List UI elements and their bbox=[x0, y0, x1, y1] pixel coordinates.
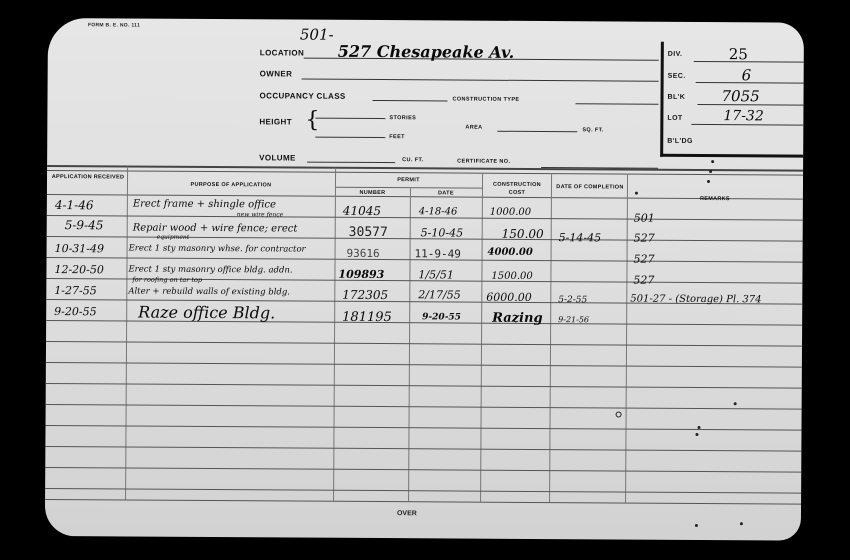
row-purpose: Erect frame + shingle office bbox=[133, 199, 276, 211]
row-cost: 1000.00 bbox=[490, 207, 531, 218]
row-received: 1-27-55 bbox=[54, 284, 97, 297]
speck bbox=[740, 522, 743, 525]
row-permit-number: 93616 bbox=[347, 247, 380, 260]
row-rule bbox=[46, 341, 802, 347]
form-number: FORM B. E. NO. 111 bbox=[88, 22, 140, 28]
row-completion: 9-21-56 bbox=[558, 315, 589, 324]
certificate-label: CERTIFICATE NO. bbox=[457, 159, 510, 165]
occupancy-line bbox=[372, 100, 447, 101]
row-remarks: 527 bbox=[634, 232, 655, 245]
speck bbox=[635, 192, 638, 195]
row-permit-number: 172305 bbox=[342, 288, 388, 302]
construction-type-line bbox=[575, 103, 658, 105]
volume-label: VOLUME bbox=[259, 153, 296, 162]
header-permit: PERMIT bbox=[335, 176, 482, 185]
header-construction-cost: CONSTRUCTION COST bbox=[487, 181, 547, 197]
row-cost: 1500.00 bbox=[491, 271, 532, 282]
header-remarks: REMARKS bbox=[627, 195, 803, 204]
table-row: 9-20-55 Raze office Bldg. 181195 9-20-55… bbox=[48, 18, 804, 23]
row-permit-date: 11-9-49 bbox=[415, 247, 461, 260]
row-permit-date: 9-20-55 bbox=[422, 312, 461, 322]
speck bbox=[711, 160, 714, 163]
stories-label: STORIES bbox=[389, 115, 416, 121]
row-rule bbox=[46, 404, 802, 410]
row-rule bbox=[46, 362, 802, 368]
row-purpose-note: new wire fence bbox=[237, 211, 283, 218]
row-purpose: Erect 1 sty masonry whse. for contractor bbox=[129, 243, 306, 254]
feet-line bbox=[315, 137, 385, 138]
div-value: 25 bbox=[729, 45, 748, 63]
table-row: 12-20-50 Erect 1 sty masonry office bldg… bbox=[48, 18, 804, 23]
row-permit-date: 1/5/51 bbox=[418, 268, 453, 281]
permit-record-card: FORM B. E. NO. 111 LOCATION 501- 527 Che… bbox=[45, 18, 804, 541]
feet-label: FEET bbox=[389, 134, 405, 140]
row-cost: 6000.00 bbox=[486, 291, 532, 304]
row-rule bbox=[45, 467, 801, 473]
row-rule bbox=[46, 383, 802, 389]
row-remarks: 501 bbox=[634, 212, 655, 225]
row-permit-date: 4-18-46 bbox=[419, 206, 458, 217]
col-divider-4 bbox=[480, 173, 483, 502]
location-prefix: 501- bbox=[300, 26, 334, 44]
sec-value: 6 bbox=[742, 66, 752, 84]
area-label: AREA bbox=[465, 125, 482, 131]
table-row: 5-9-45 new wire fence Repair wood + wire… bbox=[48, 18, 804, 23]
speck bbox=[695, 433, 698, 436]
sec-label: SEC. bbox=[668, 73, 686, 80]
col-divider-6 bbox=[625, 174, 628, 503]
row-received: 4-1-46 bbox=[55, 198, 94, 212]
owner-label: OWNER bbox=[260, 69, 293, 78]
row-permit-number: 181195 bbox=[342, 310, 392, 325]
row-purpose: Raze office Bldg. bbox=[138, 303, 275, 323]
location-label: LOCATION bbox=[260, 48, 304, 57]
row-completion: 5-14-45 bbox=[559, 231, 602, 244]
header-permit-number: NUMBER bbox=[335, 189, 410, 197]
cuft-label: CU. FT. bbox=[402, 157, 423, 163]
header-date-of-completion: DATE OF COMPLETION bbox=[555, 183, 625, 191]
row-rule bbox=[46, 425, 802, 431]
header-application-received: APPLICATION RECEIVED bbox=[49, 173, 127, 181]
div-line bbox=[694, 61, 804, 63]
lot-value: 17-32 bbox=[723, 108, 763, 124]
row-purpose: Alter + rebuild walls of existing bldg. bbox=[128, 286, 290, 297]
row-remarks: 527 bbox=[633, 274, 654, 287]
speck bbox=[698, 426, 701, 429]
row-permit-date: 5-10-45 bbox=[421, 226, 464, 239]
sqft-label: SQ. FT. bbox=[582, 127, 603, 133]
row-purpose: Erect 1 sty masonry office bldg. addn. bbox=[128, 264, 292, 275]
row-completion: 5-2-55 bbox=[558, 295, 587, 305]
parcel-box: DIV. 25 SEC. 6 BL'K 7055 LOT 17-32 B'L'D… bbox=[660, 42, 804, 158]
row-permit-number: 41045 bbox=[343, 204, 381, 218]
location-value: 527 Chesapeake Av. bbox=[338, 42, 515, 62]
row-permit-number: 30577 bbox=[349, 225, 388, 240]
div-label: DIV. bbox=[668, 51, 683, 58]
occupancy-class-label: OCCUPANCY CLASS bbox=[260, 91, 346, 101]
stories-line bbox=[315, 118, 385, 119]
blk-value: 7055 bbox=[721, 87, 759, 105]
table-row: 4-1-46 Erect frame + shingle office 4104… bbox=[48, 18, 804, 23]
table-row: 10-31-49 equipment Erect 1 sty masonry w… bbox=[48, 18, 804, 23]
area-line bbox=[497, 131, 577, 132]
row-cost: Razing bbox=[492, 311, 542, 326]
table-row: 1-27-55 for roofing on tar top Alter + r… bbox=[48, 18, 804, 23]
col-divider-3 bbox=[408, 188, 411, 501]
col-divider-5 bbox=[549, 173, 552, 502]
row-permit-number: 109893 bbox=[338, 268, 384, 281]
row-rule bbox=[45, 446, 801, 452]
row-rule bbox=[45, 488, 801, 494]
owner-line bbox=[302, 79, 659, 82]
row-received: 10-31-49 bbox=[55, 242, 105, 255]
row-cost: 4000.00 bbox=[488, 247, 533, 258]
row-remarks: 527 bbox=[633, 253, 654, 266]
speck bbox=[734, 402, 737, 405]
row-received: 9-20-55 bbox=[54, 305, 97, 318]
row-received: 5-9-45 bbox=[65, 218, 104, 232]
row-purpose-note: equipment bbox=[157, 234, 190, 241]
bldg-label: B'L'DG bbox=[667, 138, 693, 145]
row-received: 12-20-50 bbox=[54, 263, 104, 276]
row-cost: 150.00 bbox=[502, 227, 544, 241]
blk-label: BL'K bbox=[668, 94, 686, 101]
speck bbox=[709, 170, 712, 173]
over-label: OVER bbox=[397, 510, 417, 517]
height-label: HEIGHT bbox=[259, 117, 292, 126]
row-rule bbox=[45, 499, 801, 505]
header-permit-date: DATE bbox=[410, 189, 482, 197]
construction-type-label: CONSTRUCTION TYPE bbox=[452, 96, 519, 102]
header-purpose: PURPOSE OF APPLICATION bbox=[127, 180, 335, 189]
lot-label: LOT bbox=[667, 115, 682, 122]
height-brace: { bbox=[305, 108, 319, 133]
volume-line bbox=[307, 162, 395, 164]
row-remarks: 501-27 - (Storage) Pl. 374 bbox=[630, 294, 761, 306]
speck-ring bbox=[616, 411, 622, 417]
row-permit-date: 2/17/55 bbox=[418, 288, 460, 301]
speck bbox=[695, 524, 698, 527]
speck bbox=[707, 180, 710, 183]
row-purpose-note: for roofing on tar top bbox=[132, 276, 202, 284]
